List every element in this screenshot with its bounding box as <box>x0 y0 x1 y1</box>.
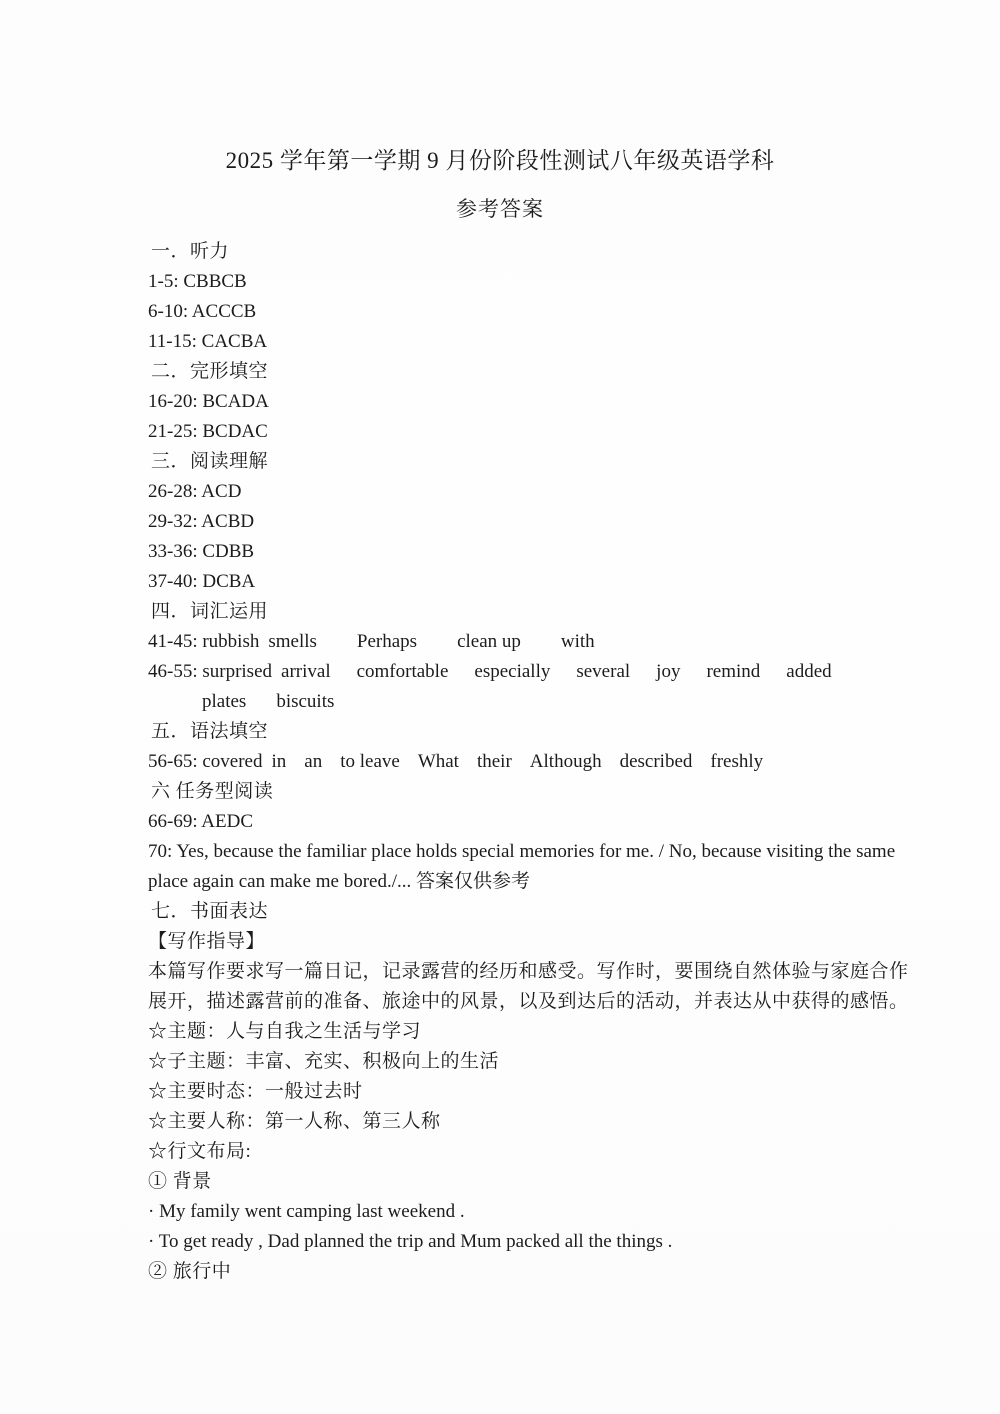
section-heading-vocabulary: 四．词汇运用 <box>148 597 850 627</box>
grammar-word: freshly <box>710 751 763 772</box>
writing-point-tense: ☆主要时态：一般过去时 <box>148 1077 850 1107</box>
writing-point-person: ☆主要人称：第一人称、第三人称 <box>148 1107 850 1137</box>
vocab-word: Perhaps <box>357 631 417 652</box>
writing-point-structure: ☆行文布局: <box>148 1137 850 1167</box>
doc-subtitle: 参考答案 <box>0 175 1000 223</box>
section-heading-cloze: 二．完形填空 <box>148 357 850 387</box>
vocab-word: several <box>576 661 630 682</box>
writing-guide-label: 【写作指导】 <box>148 927 850 957</box>
answer-line-26-28: 26-28: ACD <box>148 477 850 507</box>
doc-title: 2025 学年第一学期 9 月份阶段性测试八年级英语学科 <box>0 0 1000 175</box>
answer-line-41-45: 41-45: rubbishsmellsPerhapsclean upwith <box>148 627 850 657</box>
vocab-word: added <box>786 661 831 682</box>
section-heading-reading: 三．阅读理解 <box>148 447 850 477</box>
answer-line-56-65: 56-65: coveredinanto leaveWhattheirAltho… <box>148 747 850 777</box>
vocab-word: clean up <box>457 631 521 652</box>
answer-line-16-20: 16-20: BCADA <box>148 387 850 417</box>
answer-line-21-25: 21-25: BCDAC <box>148 417 850 447</box>
outline-marker-background: ① 背景 <box>148 1167 850 1197</box>
vocab-word: plates <box>202 691 246 712</box>
section-heading-listening: 一．听力 <box>148 237 850 267</box>
outline-bullet-2: · To get ready , Dad planned the trip an… <box>148 1227 850 1257</box>
grammar-word: Although <box>530 751 602 772</box>
answer-line-46-55-continued: platesbiscuits <box>148 687 850 717</box>
vocab-word: joy <box>656 661 680 682</box>
vocab-word: especially <box>474 661 550 682</box>
section-heading-task-reading: 六 任务型阅读 <box>148 777 850 807</box>
vocab-word: with <box>561 631 595 652</box>
answer-line-46-55: 46-55: surprisedarrivalcomfortableespeci… <box>148 657 850 687</box>
answer-line-33-36: 33-36: CDBB <box>148 537 850 567</box>
vocab-word: arrival <box>281 661 331 682</box>
answer-line-70-part2: place again can make me bored./... 答案仅供参… <box>148 867 850 897</box>
section-heading-writing: 七．书面表达 <box>148 897 850 927</box>
writing-point-subtheme: ☆子主题：丰富、充实、积极向上的生活 <box>148 1047 850 1077</box>
grammar-word: in <box>271 751 286 772</box>
vocab-word: remind <box>706 661 760 682</box>
grammar-word: an <box>304 751 322 772</box>
answer-line-37-40: 37-40: DCBA <box>148 567 850 597</box>
writing-point-theme: ☆主题：人与自我之生活与学习 <box>148 1017 850 1047</box>
vocab-word: comfortable <box>357 661 449 682</box>
answer-line-11-15: 11-15: CACBA <box>148 327 850 357</box>
answer-line-70-part1: 70: Yes, because the familiar place hold… <box>148 837 850 867</box>
writing-intro-line-2: 展开，描述露营前的准备、旅途中的风景，以及到达后的活动，并表达从中获得的感悟。 <box>148 987 850 1017</box>
scanned-answer-sheet: 2025 学年第一学期 9 月份阶段性测试八年级英语学科 参考答案 一．听力 1… <box>0 0 1000 1414</box>
answer-line-1-5: 1-5: CBBCB <box>148 267 850 297</box>
grammar-word: their <box>477 751 512 772</box>
writing-intro-line-1: 本篇写作要求写一篇日记，记录露营的经历和感受。写作时，要围绕自然体验与家庭合作 <box>148 957 850 987</box>
grammar-word: described <box>620 751 693 772</box>
answer-range-label: 56-65: covered <box>148 751 262 772</box>
outline-marker-during-trip: ② 旅行中 <box>148 1257 850 1287</box>
answer-line-6-10: 6-10: ACCCB <box>148 297 850 327</box>
answer-line-29-32: 29-32: ACBD <box>148 507 850 537</box>
answer-range-label: 46-55: surprised <box>148 661 272 682</box>
grammar-word: to leave <box>340 751 400 772</box>
vocab-word: biscuits <box>276 691 334 712</box>
outline-bullet-1: · My family went camping last weekend . <box>148 1197 850 1227</box>
doc-body: 一．听力 1-5: CBBCB 6-10: ACCCB 11-15: CACBA… <box>0 223 900 1287</box>
vocab-word: smells <box>268 631 317 652</box>
grammar-word: What <box>418 751 459 772</box>
section-heading-grammar: 五．语法填空 <box>148 717 850 747</box>
answer-range-label: 41-45: rubbish <box>148 631 259 652</box>
answer-line-66-69: 66-69: AEDC <box>148 807 850 837</box>
